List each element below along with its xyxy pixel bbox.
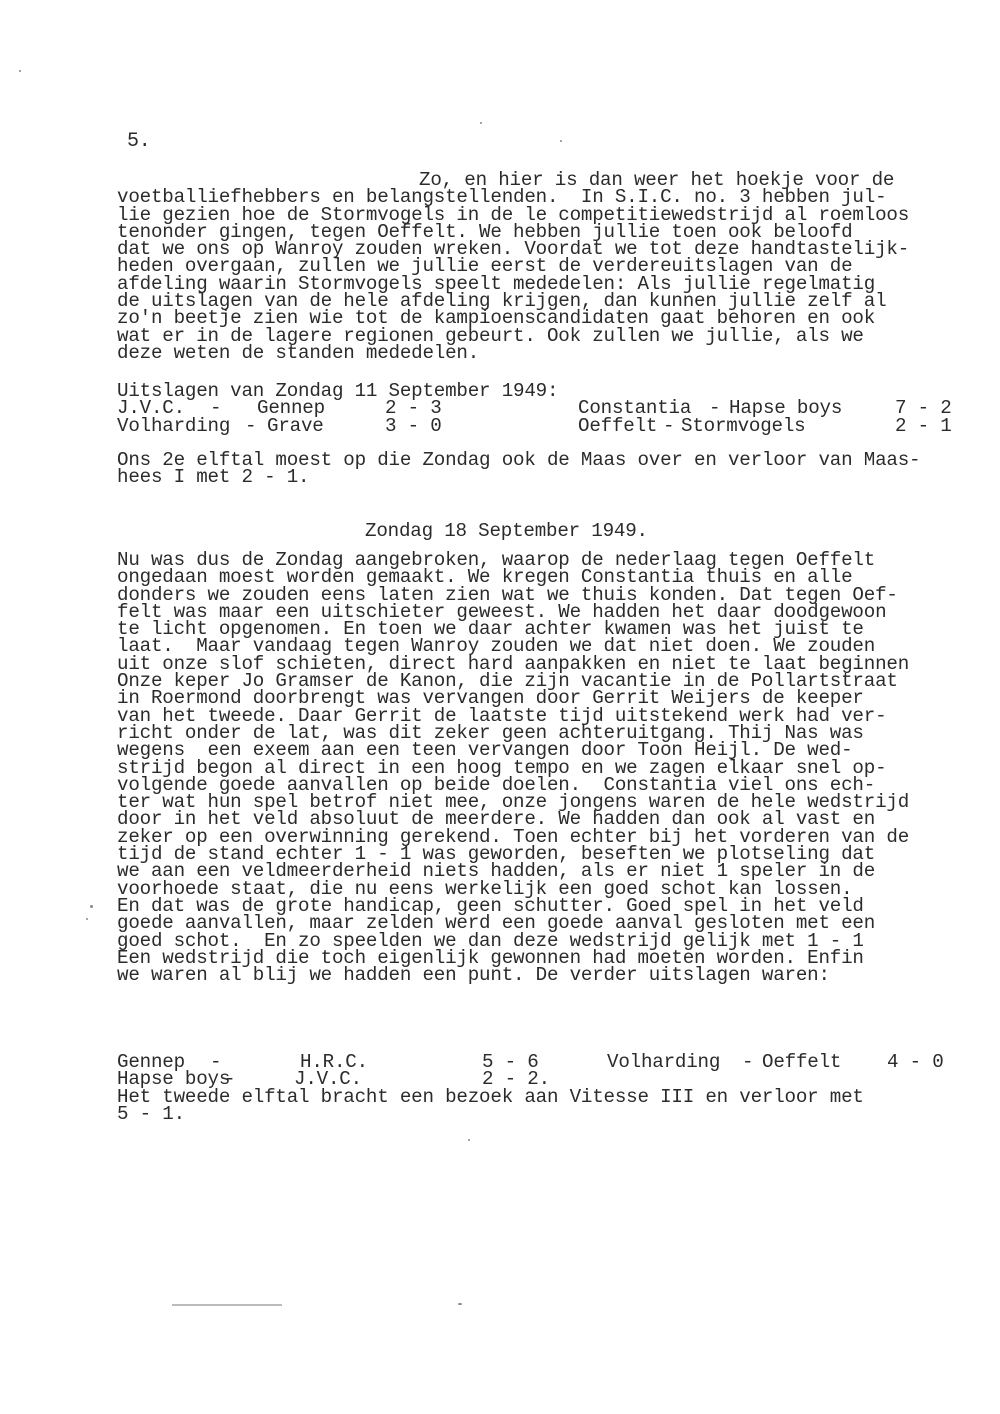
typewritten-page: 5. Zo, en hier is dan weer het hoekje vo…	[0, 0, 1000, 1414]
scan-speck	[468, 1139, 470, 1141]
scan-speck	[458, 1303, 462, 1305]
home-team: Hapse boys	[117, 1071, 230, 1088]
match-report-body: Nu was dus de Zondag aangebroken, waarop…	[117, 552, 977, 984]
score-row: Hapse boys - J.V.C. 2 - 2.	[117, 1071, 977, 1088]
score: 4 - 0	[887, 1054, 944, 1071]
intro-paragraph: Zo, en hier is dan weer het hoekje voor …	[117, 172, 977, 362]
separator: -	[224, 1071, 235, 1088]
separator: -	[742, 1054, 753, 1071]
score: 3 - 0	[385, 418, 442, 435]
scan-smear	[172, 1304, 282, 1306]
scan-speck	[480, 122, 482, 124]
second-team-line: hees I met 2 - 1.	[117, 469, 977, 486]
page-number: 5.	[127, 133, 151, 150]
results-heading: Uitslagen van Zondag 11 September 1949:	[117, 383, 977, 400]
away-team: Grave	[267, 418, 324, 435]
home-team: Oeffelt	[578, 418, 657, 435]
score-row: Volharding - Grave 3 - 0 Oeffelt - Storm…	[117, 418, 977, 435]
intro-line: deze weten de standen mededelen.	[117, 345, 977, 362]
scan-speck	[86, 918, 88, 920]
away-team: Oeffelt	[762, 1054, 841, 1071]
home-team: Volharding	[117, 418, 230, 435]
separator: -	[663, 418, 674, 435]
home-team: Volharding	[607, 1054, 720, 1071]
scan-speck	[19, 70, 21, 72]
separator: -	[245, 418, 256, 435]
scan-speck	[90, 905, 93, 908]
results-sept-18: Gennep - H.R.C. 5 - 6 Volharding - Oeffe…	[117, 1054, 977, 1123]
report-line: we waren al blij we hadden een punt. De …	[117, 967, 977, 984]
score: 2 - 1	[895, 418, 952, 435]
match-report-heading: Zondag 18 September 1949.	[365, 523, 648, 540]
second-team-line: Het tweede elftal bracht een bezoek aan …	[117, 1089, 977, 1106]
away-team: Stormvogels	[681, 418, 805, 435]
second-team-line: 5 - 1.	[117, 1106, 977, 1123]
score: 2 - 2.	[482, 1071, 550, 1088]
scan-speck	[560, 140, 562, 142]
away-team: J.V.C.	[294, 1071, 362, 1088]
results-sept-11: Uitslagen van Zondag 11 September 1949: …	[117, 383, 977, 487]
